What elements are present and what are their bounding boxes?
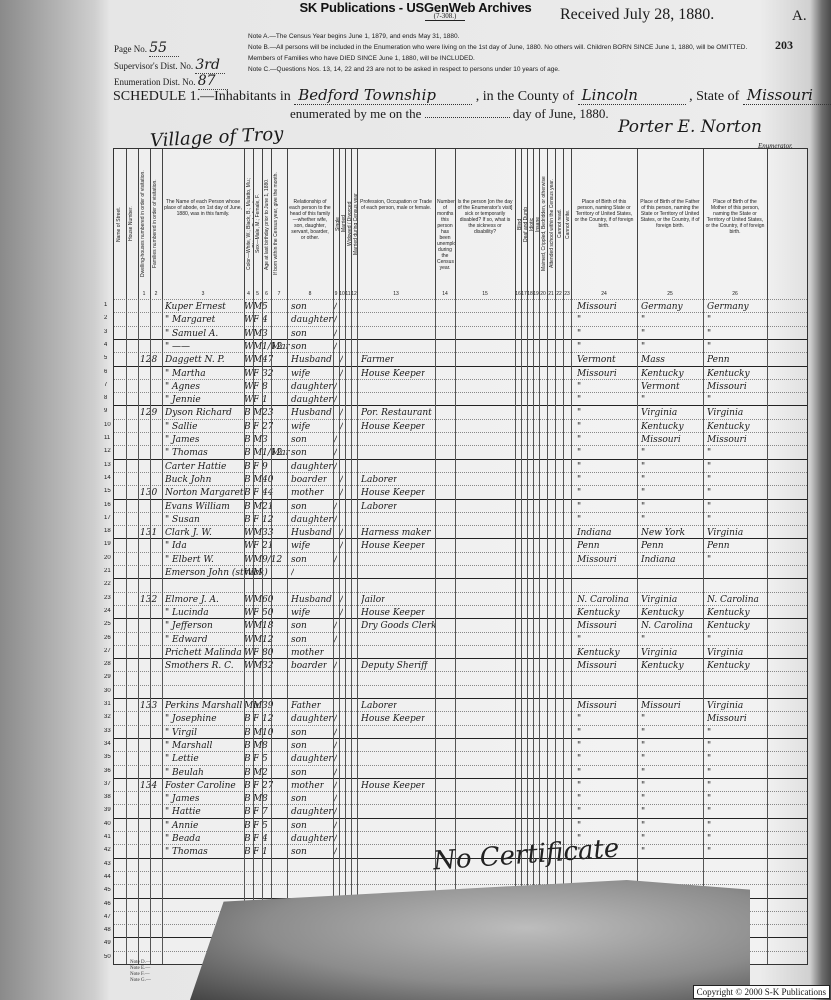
cell-line: 39 bbox=[104, 807, 111, 813]
cell-single: / bbox=[334, 794, 337, 804]
cell-birth: " bbox=[577, 781, 581, 791]
cell-line: 33 bbox=[104, 728, 111, 734]
column-header-13: Profession, Occupation or Trade of each … bbox=[357, 149, 436, 299]
column-rule bbox=[333, 299, 334, 964]
cell-color: W bbox=[244, 395, 253, 405]
cell-mother: " bbox=[707, 754, 711, 764]
cell-rel: mother bbox=[291, 781, 324, 791]
cell-single: / bbox=[334, 515, 337, 525]
column-header-7: If born within the Census year, give the… bbox=[271, 149, 288, 299]
cell-sex: M bbox=[253, 555, 262, 565]
cell-mother: Penn bbox=[707, 355, 730, 365]
cell-mother: " bbox=[707, 781, 711, 791]
cell-sex: M bbox=[253, 621, 262, 631]
cell-single: / bbox=[334, 502, 337, 512]
cell-dwelling: 130 bbox=[140, 488, 157, 498]
cell-line: 35 bbox=[104, 754, 111, 760]
cell-line: 34 bbox=[104, 741, 111, 747]
cell-sex: M bbox=[253, 302, 262, 312]
cell-sex: M bbox=[253, 342, 262, 352]
cell-color: W bbox=[244, 555, 253, 565]
cell-line: 22 bbox=[104, 581, 111, 587]
cell-sex: M bbox=[253, 502, 262, 512]
column-rule bbox=[703, 299, 704, 964]
cell-line: 15 bbox=[104, 488, 111, 494]
cell-color: W bbox=[244, 355, 253, 365]
cell-dwelling: 129 bbox=[140, 408, 157, 418]
cell-married: / bbox=[340, 475, 343, 485]
cell-name: " —— bbox=[165, 342, 190, 352]
cell-line: 14 bbox=[104, 475, 111, 481]
cell-father: Missouri bbox=[641, 435, 681, 445]
cell-birth: " bbox=[577, 807, 581, 817]
cell-name: " Jefferson bbox=[165, 621, 213, 631]
cell-birth: " bbox=[577, 794, 581, 804]
cell-line: 44 bbox=[104, 874, 111, 880]
cell-name: " Lucinda bbox=[165, 608, 209, 618]
cell-father: " bbox=[641, 475, 645, 485]
column-header-3: The Name of each Person whose place of a… bbox=[162, 149, 245, 299]
cell-line: 8 bbox=[104, 395, 107, 401]
cell-line: 28 bbox=[104, 661, 111, 667]
adjacent-page-edge bbox=[0, 60, 45, 620]
column-rule bbox=[271, 299, 272, 964]
cell-father: Mass bbox=[641, 355, 665, 365]
cell-rel: / bbox=[291, 568, 294, 578]
cell-rel: daughter bbox=[291, 382, 333, 392]
enumeration-date-line: enumerated by me on the day of June, 188… bbox=[290, 106, 609, 122]
cell-rel: son bbox=[291, 555, 307, 565]
cell-mother: " bbox=[707, 807, 711, 817]
cell-rel: son bbox=[291, 847, 307, 857]
column-rule bbox=[637, 299, 638, 964]
supervisor-district: Supervisor's Dist. No. 3rd bbox=[114, 57, 225, 74]
cell-color: W bbox=[244, 635, 253, 645]
cell-married: / bbox=[340, 488, 343, 498]
cell-mother: Missouri bbox=[707, 714, 747, 724]
cell-mother: Missouri bbox=[707, 382, 747, 392]
received-stamp: Received July 28, 1880. bbox=[560, 6, 714, 24]
cell-rel: daughter bbox=[291, 515, 333, 525]
column-rule bbox=[262, 299, 263, 964]
cell-name: " Annie bbox=[165, 821, 198, 831]
cell-birth: " bbox=[577, 395, 581, 405]
cell-name: " James bbox=[165, 794, 199, 804]
column-rule bbox=[351, 299, 352, 964]
cell-birth: " bbox=[577, 475, 581, 485]
cell-father: Vermont bbox=[641, 382, 680, 392]
cell-line: 50 bbox=[104, 954, 111, 960]
cell-birth: Missouri bbox=[577, 621, 617, 631]
cell-name: " Jennie bbox=[165, 395, 201, 405]
cell-line: 13 bbox=[104, 462, 111, 468]
column-rule bbox=[345, 299, 346, 964]
cell-mother: " bbox=[707, 448, 711, 458]
cell-rel: son bbox=[291, 728, 307, 738]
cell-father: " bbox=[641, 329, 645, 339]
cell-name: " Susan bbox=[165, 515, 200, 525]
cell-dwelling: 128 bbox=[140, 355, 157, 365]
cell-single: / bbox=[334, 395, 337, 405]
cell-rel: son bbox=[291, 768, 307, 778]
cell-line: 40 bbox=[104, 821, 111, 827]
page-no-value: 55 bbox=[149, 40, 179, 57]
cell-mother: " bbox=[707, 515, 711, 525]
cell-rel: daughter bbox=[291, 315, 333, 325]
form-number: (7-308.) bbox=[425, 12, 465, 21]
census-page: SK Publications - USGenWeb Archives (7-3… bbox=[0, 0, 831, 1000]
cell-mother: Germany bbox=[707, 302, 749, 312]
cell-line: 10 bbox=[104, 422, 111, 428]
cell-father: " bbox=[641, 315, 645, 325]
cell-line: 23 bbox=[104, 595, 111, 601]
cell-line: 27 bbox=[104, 648, 111, 654]
cell-mother: Virginia bbox=[707, 408, 743, 418]
cell-father: Kentucky bbox=[641, 608, 684, 618]
cell-mother: " bbox=[707, 502, 711, 512]
cell-sex: M bbox=[253, 661, 262, 671]
cell-color: W bbox=[244, 608, 253, 618]
column-rule bbox=[253, 299, 254, 964]
cell-name: Dyson Richard bbox=[165, 408, 232, 418]
cell-occ: Farmer bbox=[361, 355, 394, 365]
cell-color: W bbox=[244, 568, 253, 578]
cell-line: 49 bbox=[104, 940, 111, 946]
cell-color: W bbox=[244, 369, 253, 379]
cell-single: / bbox=[334, 741, 337, 751]
supervisor-district-value: 3rd bbox=[195, 57, 225, 74]
cell-name: Elmore J. A. bbox=[165, 595, 219, 605]
cell-line: 1 bbox=[104, 302, 107, 308]
cell-age: 9/12 bbox=[262, 555, 282, 565]
cell-name: " James bbox=[165, 435, 199, 445]
cell-occ: House Keeper bbox=[361, 608, 425, 618]
cell-mother: " bbox=[707, 768, 711, 778]
cell-married: / bbox=[340, 608, 343, 618]
cell-rel: daughter bbox=[291, 754, 333, 764]
cell-rel: wife bbox=[291, 422, 310, 432]
cell-birth: " bbox=[577, 515, 581, 525]
cell-father: " bbox=[641, 834, 645, 844]
cell-single: / bbox=[334, 821, 337, 831]
cell-dwelling: 134 bbox=[140, 781, 157, 791]
cell-father: N. Carolina bbox=[641, 621, 693, 631]
cell-sex: M bbox=[253, 355, 262, 365]
cell-line: 11 bbox=[104, 435, 110, 441]
cell-name: " Beada bbox=[165, 834, 200, 844]
cell-name: " Sallie bbox=[165, 422, 198, 432]
cell-name: " Agnes bbox=[165, 382, 200, 392]
cell-line: 38 bbox=[104, 794, 111, 800]
cell-sex: M bbox=[253, 448, 262, 458]
cell-birth: Missouri bbox=[577, 555, 617, 565]
cell-occ: House Keeper bbox=[361, 488, 425, 498]
cell-birth: Missouri bbox=[577, 369, 617, 379]
cell-birth: " bbox=[577, 821, 581, 831]
cell-line: 37 bbox=[104, 781, 111, 787]
cell-single: / bbox=[334, 342, 337, 352]
cell-color: W bbox=[244, 541, 253, 551]
cell-sex: M bbox=[253, 568, 262, 578]
cell-birth: " bbox=[577, 502, 581, 512]
cell-rel: son bbox=[291, 621, 307, 631]
cell-occ: Deputy Sheriff bbox=[361, 661, 428, 671]
cell-mother: Kentucky bbox=[707, 422, 750, 432]
cell-occ: Laborer bbox=[361, 502, 397, 512]
census-table: 1Kuper ErnestWM5son/MissouriGermanyGerma… bbox=[113, 148, 808, 965]
cell-birth: " bbox=[577, 422, 581, 432]
cell-father: " bbox=[641, 448, 645, 458]
cell-line: 9 bbox=[104, 408, 107, 414]
cell-father: Missouri bbox=[641, 701, 681, 711]
cell-name: Clark J. W. bbox=[165, 528, 212, 538]
cell-line: 42 bbox=[104, 847, 111, 853]
cell-father: Kentucky bbox=[641, 369, 684, 379]
cell-line: 25 bbox=[104, 621, 111, 627]
cell-line: 32 bbox=[104, 714, 111, 720]
column-rule bbox=[138, 299, 139, 964]
census-notes: Note A.—The Census Year begins June 1, 1… bbox=[248, 31, 768, 75]
cell-father: " bbox=[641, 781, 645, 791]
cell-married: / bbox=[340, 369, 343, 379]
cell-father: " bbox=[641, 728, 645, 738]
enumerator-signature: Porter E. Norton bbox=[618, 117, 762, 137]
cell-father: Virginia bbox=[641, 648, 677, 658]
cell-father: " bbox=[641, 807, 645, 817]
cell-rel: son bbox=[291, 741, 307, 751]
cell-single: / bbox=[334, 382, 337, 392]
column-rule bbox=[767, 299, 768, 964]
cell-birth: N. Carolina bbox=[577, 595, 629, 605]
cell-name: " Ida bbox=[165, 541, 187, 551]
cell-single: / bbox=[334, 781, 337, 791]
cell-father: " bbox=[641, 768, 645, 778]
cell-mother: " bbox=[707, 635, 711, 645]
cell-line: 6 bbox=[104, 369, 107, 375]
column-header-14: Number of months this person has been un… bbox=[435, 149, 456, 299]
cell-line: 48 bbox=[104, 927, 111, 933]
cell-rel: Husband bbox=[291, 595, 332, 605]
cell-birth: " bbox=[577, 342, 581, 352]
cell-line: 24 bbox=[104, 608, 111, 614]
cell-mother: " bbox=[707, 794, 711, 804]
cell-occ: House Keeper bbox=[361, 369, 425, 379]
cell-birth: Missouri bbox=[577, 661, 617, 671]
cell-single: / bbox=[334, 462, 337, 472]
cell-rel: mother bbox=[291, 648, 324, 658]
cell-birth: Missouri bbox=[577, 701, 617, 711]
cell-occ: Jailor bbox=[361, 595, 385, 605]
cell-father: Virginia bbox=[641, 595, 677, 605]
cell-rel: Husband bbox=[291, 528, 332, 538]
cell-name: " Martha bbox=[165, 369, 206, 379]
cell-rel: son bbox=[291, 821, 307, 831]
cell-single: / bbox=[334, 661, 337, 671]
cell-rel: boarder bbox=[291, 661, 327, 671]
cell-birth: " bbox=[577, 329, 581, 339]
cell-name: Norton Margaret bbox=[165, 488, 244, 498]
cell-name: " Virgil bbox=[165, 728, 197, 738]
cell-line: 26 bbox=[104, 635, 111, 641]
cell-line: 30 bbox=[104, 688, 111, 694]
cell-father: " bbox=[641, 515, 645, 525]
cell-line: 36 bbox=[104, 768, 111, 774]
cell-line: 12 bbox=[104, 448, 111, 454]
cell-rel: daughter bbox=[291, 395, 333, 405]
cell-line: 19 bbox=[104, 541, 111, 547]
column-rule bbox=[357, 299, 358, 964]
cell-color: W bbox=[244, 315, 253, 325]
cell-rel: Father bbox=[291, 701, 321, 711]
cell-married: / bbox=[340, 541, 343, 551]
cell-single: / bbox=[334, 768, 337, 778]
cell-married: / bbox=[340, 355, 343, 365]
cell-father: " bbox=[641, 821, 645, 831]
cell-line: 41 bbox=[104, 834, 111, 840]
cell-single: / bbox=[334, 728, 337, 738]
copyright-notice: Copyright © 2000 S-K Publications bbox=[693, 985, 830, 999]
cell-name: " Thomas bbox=[165, 847, 208, 857]
cell-sex: M bbox=[253, 635, 262, 645]
cell-mother: " bbox=[707, 847, 711, 857]
cell-name: " Thomas bbox=[165, 448, 208, 458]
cell-color: W bbox=[244, 528, 253, 538]
cell-name: " Edward bbox=[165, 635, 207, 645]
cell-line: 43 bbox=[104, 861, 111, 867]
cell-mother: Penn bbox=[707, 541, 730, 551]
cell-birth: " bbox=[577, 754, 581, 764]
cell-name: Prichett Malinda bbox=[165, 648, 242, 658]
cell-father: Kentucky bbox=[641, 422, 684, 432]
cell-line: 20 bbox=[104, 555, 111, 561]
schedule-line: SCHEDULE 1.—Inhabitants in Bedford Towns… bbox=[113, 86, 831, 105]
column-header-24: Place of Birth of this person, naming St… bbox=[571, 149, 638, 299]
cell-rel: daughter bbox=[291, 807, 333, 817]
cell-name: Foster Caroline bbox=[165, 781, 236, 791]
note-c: Note C.—Questions Nos. 13, 14, 22 and 23… bbox=[248, 64, 768, 75]
cell-rel: son bbox=[291, 329, 307, 339]
cell-married: / bbox=[340, 595, 343, 605]
bottom-note: Note G.— bbox=[130, 978, 151, 984]
cell-birth: " bbox=[577, 728, 581, 738]
cell-single: / bbox=[334, 315, 337, 325]
column-header-25: Place of Birth of the Father of this per… bbox=[637, 149, 704, 299]
cell-father: Virginia bbox=[641, 408, 677, 418]
cell-father: " bbox=[641, 342, 645, 352]
cell-name: " Lettie bbox=[165, 754, 199, 764]
cell-line: 45 bbox=[104, 887, 111, 893]
cell-color: W bbox=[244, 329, 253, 339]
cell-single: / bbox=[334, 448, 337, 458]
cell-mother: " bbox=[707, 488, 711, 498]
cell-mother: " bbox=[707, 462, 711, 472]
cell-sex: M bbox=[253, 741, 262, 751]
cell-rel: mother bbox=[291, 488, 324, 498]
column-rule bbox=[162, 299, 163, 964]
township: Bedford Township bbox=[294, 86, 472, 105]
cell-color: W bbox=[244, 621, 253, 631]
cell-mother: " bbox=[707, 834, 711, 844]
cell-father: " bbox=[641, 794, 645, 804]
cell-mother: Missouri bbox=[707, 435, 747, 445]
cell-occ: House Keeper bbox=[361, 714, 425, 724]
cell-occ: Por. Restaurant bbox=[361, 408, 432, 418]
cell-father: " bbox=[641, 502, 645, 512]
cell-occ: Laborer bbox=[361, 475, 397, 485]
cell-single: / bbox=[334, 621, 337, 631]
cell-sex: M bbox=[253, 701, 262, 711]
cell-married: / bbox=[340, 422, 343, 432]
cell-dwelling: 132 bbox=[140, 595, 157, 605]
cell-father: Germany bbox=[641, 302, 683, 312]
column-rule bbox=[339, 299, 340, 964]
cell-sex: M bbox=[253, 528, 262, 538]
cell-rel: boarder bbox=[291, 475, 327, 485]
cell-birth: " bbox=[577, 408, 581, 418]
cell-rel: son bbox=[291, 435, 307, 445]
cell-sex: M bbox=[253, 794, 262, 804]
cell-line: 31 bbox=[104, 701, 111, 707]
state: Missouri bbox=[743, 86, 831, 105]
cell-name: Carter Hattie bbox=[165, 462, 226, 472]
cell-name: Perkins Marshall bbox=[165, 701, 242, 711]
cell-sex: M bbox=[253, 475, 262, 485]
column-header-15: Is the person [on the day of the Enumera… bbox=[455, 149, 516, 299]
cell-mother: " bbox=[707, 741, 711, 751]
cell-mother: " bbox=[707, 329, 711, 339]
cell-sex: M bbox=[253, 728, 262, 738]
cell-dwelling: 131 bbox=[140, 528, 157, 538]
column-rule bbox=[150, 299, 151, 964]
cell-birth: " bbox=[577, 714, 581, 724]
cell-birth: " bbox=[577, 635, 581, 645]
cell-father: Kentucky bbox=[641, 661, 684, 671]
cell-line: 21 bbox=[104, 568, 111, 574]
cell-rel: son bbox=[291, 794, 307, 804]
column-rule bbox=[244, 299, 245, 964]
cell-name: Smothers R. C. bbox=[165, 661, 234, 671]
bottom-notes: Note D.—Note E.—Note F.—Note G.— bbox=[130, 960, 151, 984]
cell-father: " bbox=[641, 462, 645, 472]
cell-mother: " bbox=[707, 728, 711, 738]
cell-birth: Missouri bbox=[577, 302, 617, 312]
note-a: Note A.—The Census Year begins June 1, 1… bbox=[248, 31, 768, 42]
cell-single: / bbox=[334, 555, 337, 565]
cell-single: / bbox=[334, 714, 337, 724]
cell-line: 47 bbox=[104, 914, 111, 920]
cell-father: " bbox=[641, 635, 645, 645]
cell-color: W bbox=[244, 661, 253, 671]
cell-line: 5 bbox=[104, 355, 107, 361]
cell-mother: " bbox=[707, 315, 711, 325]
cell-mother: Kentucky bbox=[707, 608, 750, 618]
cell-rel: son bbox=[291, 342, 307, 352]
cell-rel: Husband bbox=[291, 408, 332, 418]
cell-rel: son bbox=[291, 302, 307, 312]
cell-name: Kuper Ernest bbox=[165, 302, 226, 312]
cell-occ: House Keeper bbox=[361, 541, 425, 551]
cell-mother: N. Carolina bbox=[707, 595, 759, 605]
cell-sex: M bbox=[253, 768, 262, 778]
cell-birth: Penn bbox=[577, 541, 600, 551]
cell-line: 46 bbox=[104, 901, 111, 907]
cell-rel: wife bbox=[291, 608, 310, 618]
cell-single: / bbox=[334, 807, 337, 817]
county: Lincoln bbox=[578, 86, 686, 105]
cell-rel: son bbox=[291, 635, 307, 645]
cell-sex: M bbox=[253, 329, 262, 339]
cell-birth: " bbox=[577, 462, 581, 472]
